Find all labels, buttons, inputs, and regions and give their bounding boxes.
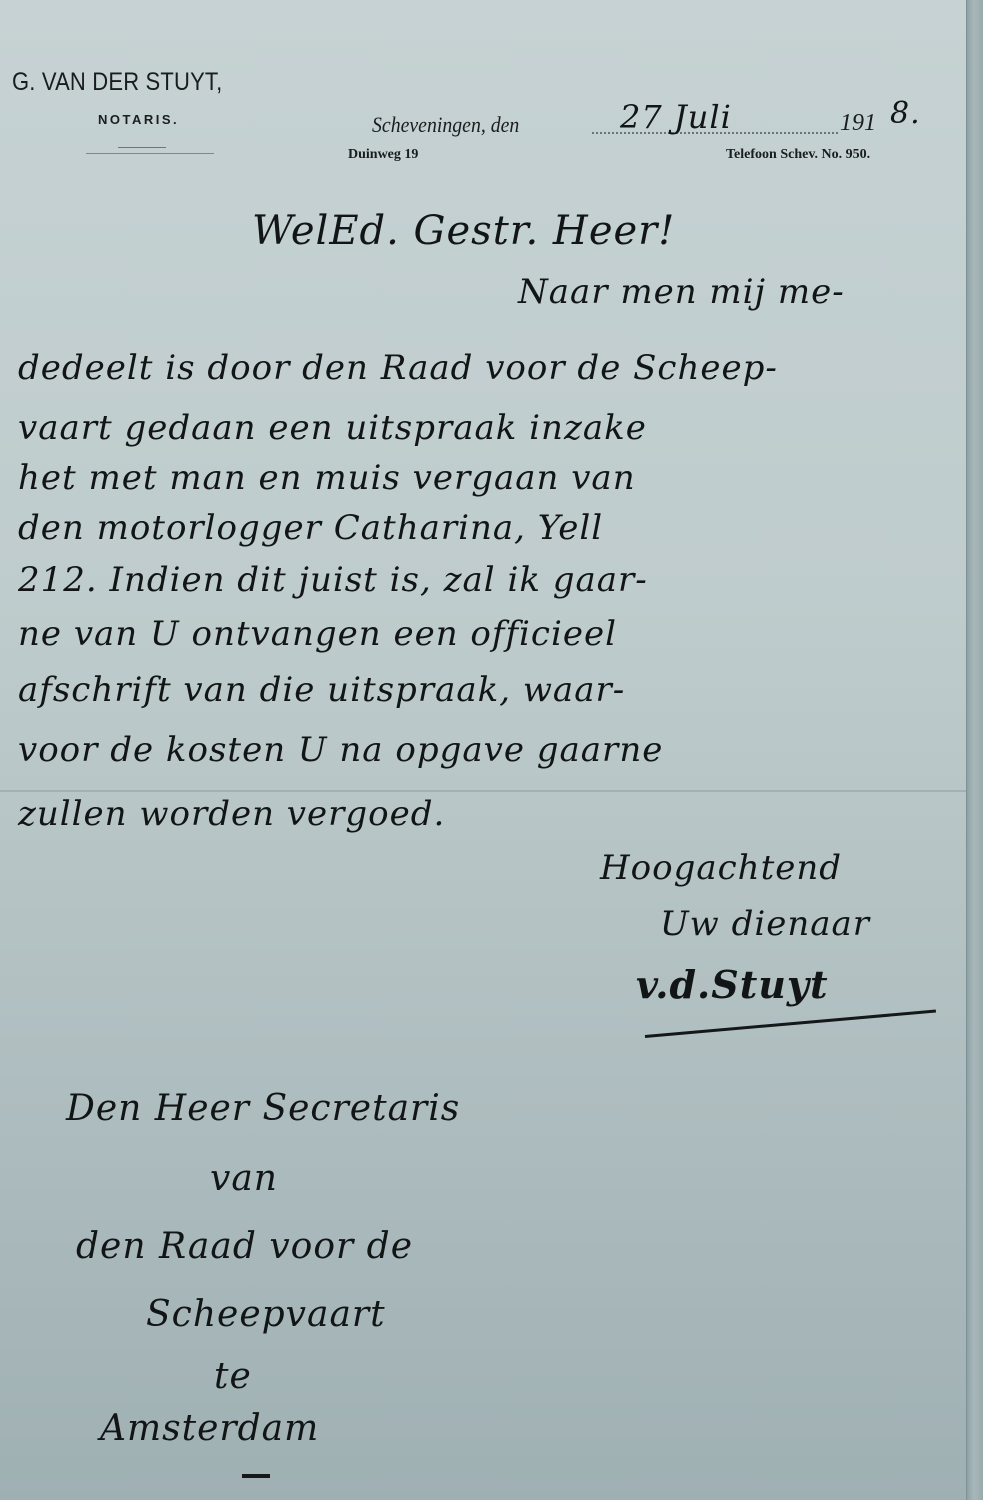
body-line: den motorlogger Catharina, Yell: [18, 508, 603, 548]
paper-fold-line: [0, 790, 966, 792]
body-line: 212. Indien dit juist is, zal ik gaar-: [18, 560, 648, 600]
body-line: het met man en muis vergaan van: [18, 458, 636, 498]
letterhead-rule-long: [86, 153, 214, 154]
body-line: ne van U ontvangen een officieel: [18, 614, 617, 654]
letterhead-name: G. VAN DER STUYT,: [12, 68, 222, 97]
salutation: WelEd. Gestr. Heer!: [252, 208, 675, 254]
signature: v.d.Stuyt: [636, 962, 829, 1007]
body-line: Naar men mij me-: [518, 272, 845, 312]
closing-line: Hoogachtend: [600, 848, 842, 888]
addressee-line: van: [210, 1158, 278, 1199]
letterhead-place: Scheveningen, den: [372, 112, 519, 138]
letterhead-address: Duinweg 19: [348, 147, 418, 163]
letterhead-year-printed: 191: [840, 110, 876, 137]
closing-line: Uw dienaar: [660, 904, 870, 944]
addressee-line: Scheepvaart: [146, 1294, 386, 1335]
addressee-line: den Raad voor de: [76, 1226, 413, 1267]
addressee-line: Den Heer Secretaris: [66, 1088, 460, 1129]
underlying-page-edge: [966, 0, 983, 1500]
body-line: voor de kosten U na opgave gaarne: [18, 730, 663, 770]
body-line: afschrift van die uitspraak, waar-: [18, 670, 625, 710]
letterhead-phone: Telefoon Schev. No. 950.: [726, 147, 870, 163]
body-line: vaart gedaan een uitspraak inzake: [18, 408, 647, 448]
addressee-line: te: [214, 1356, 252, 1397]
letterhead-rule-short: [118, 147, 166, 148]
handwritten-year-digit: 8.: [890, 96, 921, 131]
body-line: dedeelt is door den Raad voor de Scheep-: [18, 348, 778, 388]
addressee-line: Amsterdam: [100, 1408, 319, 1449]
letterhead-title: NOTARIS.: [98, 112, 179, 127]
handwritten-date: 27 Juli: [620, 98, 732, 136]
closing-dash: [242, 1474, 270, 1478]
body-line: zullen worden vergoed.: [18, 794, 445, 834]
